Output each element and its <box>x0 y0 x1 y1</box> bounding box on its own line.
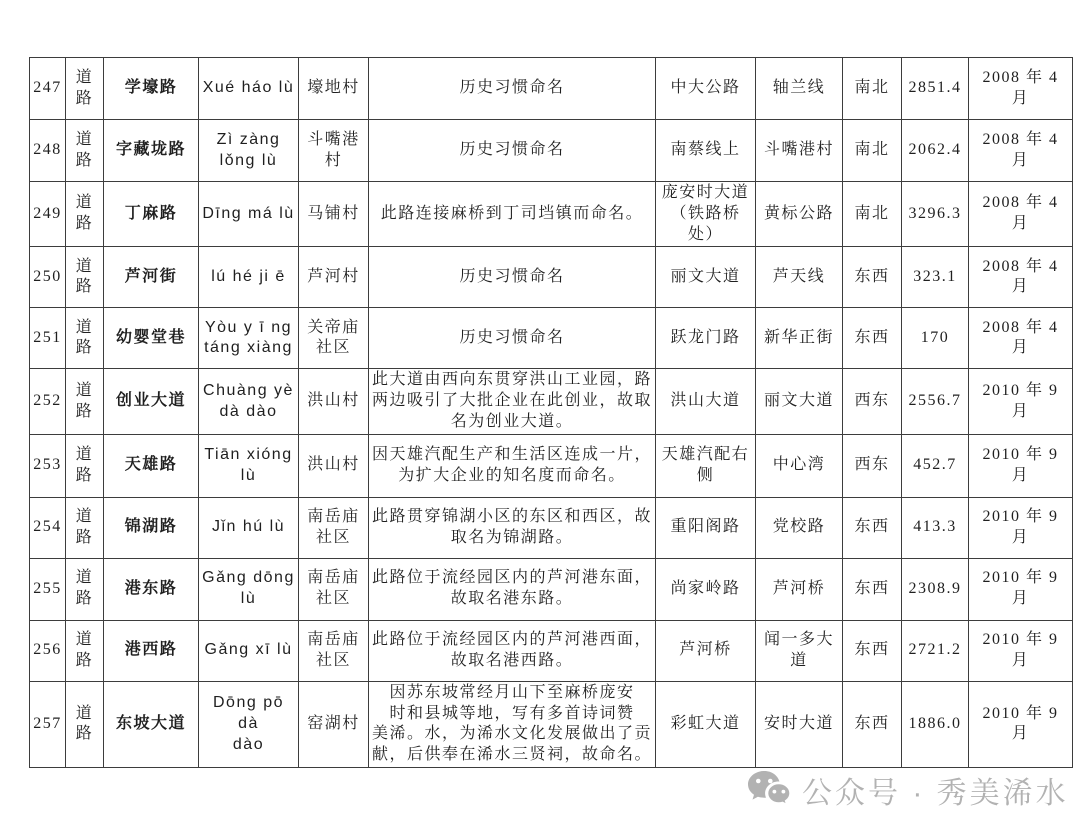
start-point: 彩虹大道 <box>656 681 756 767</box>
wechat-icon <box>746 769 792 811</box>
row-number: 257 <box>30 681 66 767</box>
length-meters: 2851.4 <box>902 58 969 120</box>
naming-date: 2010 年 9 月 <box>969 497 1073 558</box>
naming-reason: 此路位于流经园区内的芦河港西面， 故取名港西路。 <box>369 620 656 681</box>
naming-date: 2008 年 4 月 <box>969 182 1073 247</box>
road-name: 丁麻路 <box>104 182 199 247</box>
table-row: 250 道路 芦河街 lú hé ji ē 芦河村 历史习惯命名 丽文大道 芦天… <box>30 247 1073 308</box>
end-point: 中心湾 <box>756 434 843 497</box>
village: 芦河村 <box>299 247 369 308</box>
naming-reason: 此路位于流经园区内的芦河港东面， 故取名港东路。 <box>369 558 656 620</box>
road-name: 东坡大道 <box>104 681 199 767</box>
naming-date: 2010 年 9 月 <box>969 681 1073 767</box>
naming-reason: 此大道由西向东贯穿洪山工业园，路 两边吸引了大批企业在此创业，故取 名为创业大道… <box>369 369 656 434</box>
table-row: 255 道路 港东路 Gǎng dōng lù 南岳庙 社区 此路位于流经园区内… <box>30 558 1073 620</box>
wechat-watermark: 公众号 · 秀美浠水 <box>746 766 1069 814</box>
naming-reason: 历史习惯命名 <box>369 58 656 120</box>
road-pinyin: Gǎng dōng lù <box>199 558 299 620</box>
road-name: 港东路 <box>104 558 199 620</box>
road-name: 港西路 <box>104 620 199 681</box>
start-point: 丽文大道 <box>656 247 756 308</box>
road-pinyin: Dīng má lù <box>199 182 299 247</box>
start-point: 跃龙门路 <box>656 308 756 369</box>
village: 斗嘴港 村 <box>299 120 369 182</box>
road-category: 道路 <box>66 434 104 497</box>
end-point: 闻一多大 道 <box>756 620 843 681</box>
row-number: 252 <box>30 369 66 434</box>
village: 马铺村 <box>299 182 369 247</box>
village: 洪山村 <box>299 369 369 434</box>
end-point: 黄标公路 <box>756 182 843 247</box>
row-number: 253 <box>30 434 66 497</box>
length-meters: 2556.7 <box>902 369 969 434</box>
row-number: 249 <box>30 182 66 247</box>
road-name: 学壕路 <box>104 58 199 120</box>
row-number: 247 <box>30 58 66 120</box>
length-meters: 170 <box>902 308 969 369</box>
road-category: 道路 <box>66 182 104 247</box>
road-name: 幼婴堂巷 <box>104 308 199 369</box>
start-point: 重阳阁路 <box>656 497 756 558</box>
naming-reason: 历史习惯命名 <box>369 247 656 308</box>
naming-date: 2010 年 9 月 <box>969 620 1073 681</box>
naming-reason: 历史习惯命名 <box>369 120 656 182</box>
row-number: 251 <box>30 308 66 369</box>
row-number: 256 <box>30 620 66 681</box>
naming-date: 2008 年 4 月 <box>969 120 1073 182</box>
naming-reason: 此路贯穿锦湖小区的东区和西区，故 取名为锦湖路。 <box>369 497 656 558</box>
road-pinyin: Chuàng yè dà dào <box>199 369 299 434</box>
road-pinyin: Zì zàng lǒng lù <box>199 120 299 182</box>
road-pinyin: Gǎng xī lù <box>199 620 299 681</box>
road-name: 天雄路 <box>104 434 199 497</box>
table-row: 253 道路 天雄路 Tiān xióng lù 洪山村 因天雄汽配生产和生活区… <box>30 434 1073 497</box>
road-pinyin: Yòu y ī ng táng xiàng <box>199 308 299 369</box>
road-name: 芦河街 <box>104 247 199 308</box>
start-point: 庞安时大道 （铁路桥 处） <box>656 182 756 247</box>
table-row: 252 道路 创业大道 Chuàng yè dà dào 洪山村 此大道由西向东… <box>30 369 1073 434</box>
direction: 东西 <box>843 247 902 308</box>
length-meters: 323.1 <box>902 247 969 308</box>
road-category: 道路 <box>66 369 104 434</box>
length-meters: 413.3 <box>902 497 969 558</box>
direction: 东西 <box>843 558 902 620</box>
table-row: 249 道路 丁麻路 Dīng má lù 马铺村 此路连接麻桥到丁司垱镇而命名… <box>30 182 1073 247</box>
naming-date: 2010 年 9 月 <box>969 558 1073 620</box>
direction: 东西 <box>843 681 902 767</box>
village: 壕地村 <box>299 58 369 120</box>
naming-reason: 因苏东坡常经月山下至麻桥庞安 时和县城等地，写有多首诗词赞 美浠。水，为浠水文化… <box>369 681 656 767</box>
end-point: 芦河桥 <box>756 558 843 620</box>
village: 南岳庙 社区 <box>299 620 369 681</box>
village: 南岳庙 社区 <box>299 497 369 558</box>
road-pinyin: Tiān xióng lù <box>199 434 299 497</box>
end-point: 党校路 <box>756 497 843 558</box>
end-point: 丽文大道 <box>756 369 843 434</box>
naming-reason: 历史习惯命名 <box>369 308 656 369</box>
end-point: 斗嘴港村 <box>756 120 843 182</box>
row-number: 255 <box>30 558 66 620</box>
direction: 东西 <box>843 620 902 681</box>
road-name: 字藏垅路 <box>104 120 199 182</box>
length-meters: 2308.9 <box>902 558 969 620</box>
end-point: 轴兰线 <box>756 58 843 120</box>
road-name: 锦湖路 <box>104 497 199 558</box>
naming-reason: 因天雄汽配生产和生活区连成一片， 为扩大企业的知名度而命名。 <box>369 434 656 497</box>
direction: 南北 <box>843 120 902 182</box>
naming-date: 2008 年 4 月 <box>969 308 1073 369</box>
length-meters: 1886.0 <box>902 681 969 767</box>
road-pinyin: Dōng pō dà dào <box>199 681 299 767</box>
naming-date: 2010 年 9 月 <box>969 369 1073 434</box>
start-point: 天雄汽配右 侧 <box>656 434 756 497</box>
naming-date: 2008 年 4 月 <box>969 247 1073 308</box>
table-row: 257 道路 东坡大道 Dōng pō dà dào 窑湖村 因苏东坡常经月山下… <box>30 681 1073 767</box>
wechat-account-label: 公众号 · 秀美浠水 <box>802 768 1069 812</box>
end-point: 安时大道 <box>756 681 843 767</box>
road-category: 道路 <box>66 120 104 182</box>
road-pinyin: Jǐn hú lù <box>199 497 299 558</box>
table-row: 247 道路 学壕路 Xué háo lù 壕地村 历史习惯命名 中大公路 轴兰… <box>30 58 1073 120</box>
start-point: 尚家岭路 <box>656 558 756 620</box>
direction: 南北 <box>843 182 902 247</box>
start-point: 中大公路 <box>656 58 756 120</box>
table-row: 254 道路 锦湖路 Jǐn hú lù 南岳庙 社区 此路贯穿锦湖小区的东区和… <box>30 497 1073 558</box>
end-point: 新华正街 <box>756 308 843 369</box>
road-naming-table: 247 道路 学壕路 Xué háo lù 壕地村 历史习惯命名 中大公路 轴兰… <box>29 57 1073 768</box>
row-number: 248 <box>30 120 66 182</box>
direction: 西东 <box>843 434 902 497</box>
road-category: 道路 <box>66 308 104 369</box>
road-category: 道路 <box>66 58 104 120</box>
naming-date: 2010 年 9 月 <box>969 434 1073 497</box>
length-meters: 2721.2 <box>902 620 969 681</box>
road-category: 道路 <box>66 497 104 558</box>
length-meters: 452.7 <box>902 434 969 497</box>
village: 窑湖村 <box>299 681 369 767</box>
road-name: 创业大道 <box>104 369 199 434</box>
row-number: 254 <box>30 497 66 558</box>
direction: 南北 <box>843 58 902 120</box>
length-meters: 3296.3 <box>902 182 969 247</box>
start-point: 南蔡线上 <box>656 120 756 182</box>
village: 南岳庙 社区 <box>299 558 369 620</box>
road-category: 道路 <box>66 558 104 620</box>
row-number: 250 <box>30 247 66 308</box>
road-pinyin: lú hé ji ē <box>199 247 299 308</box>
road-category: 道路 <box>66 620 104 681</box>
start-point: 芦河桥 <box>656 620 756 681</box>
direction: 东西 <box>843 497 902 558</box>
table-row: 251 道路 幼婴堂巷 Yòu y ī ng táng xiàng 关帝庙 社区… <box>30 308 1073 369</box>
end-point: 芦天线 <box>756 247 843 308</box>
table-row: 256 道路 港西路 Gǎng xī lù 南岳庙 社区 此路位于流经园区内的芦… <box>30 620 1073 681</box>
road-category: 道路 <box>66 247 104 308</box>
naming-reason: 此路连接麻桥到丁司垱镇而命名。 <box>369 182 656 247</box>
table-row: 248 道路 字藏垅路 Zì zàng lǒng lù 斗嘴港 村 历史习惯命名… <box>30 120 1073 182</box>
naming-date: 2008 年 4 月 <box>969 58 1073 120</box>
start-point: 洪山大道 <box>656 369 756 434</box>
village: 关帝庙 社区 <box>299 308 369 369</box>
direction: 东西 <box>843 308 902 369</box>
village: 洪山村 <box>299 434 369 497</box>
document-page: 247 道路 学壕路 Xué háo lù 壕地村 历史习惯命名 中大公路 轴兰… <box>0 0 1080 835</box>
road-pinyin: Xué háo lù <box>199 58 299 120</box>
direction: 西东 <box>843 369 902 434</box>
road-category: 道路 <box>66 681 104 767</box>
length-meters: 2062.4 <box>902 120 969 182</box>
